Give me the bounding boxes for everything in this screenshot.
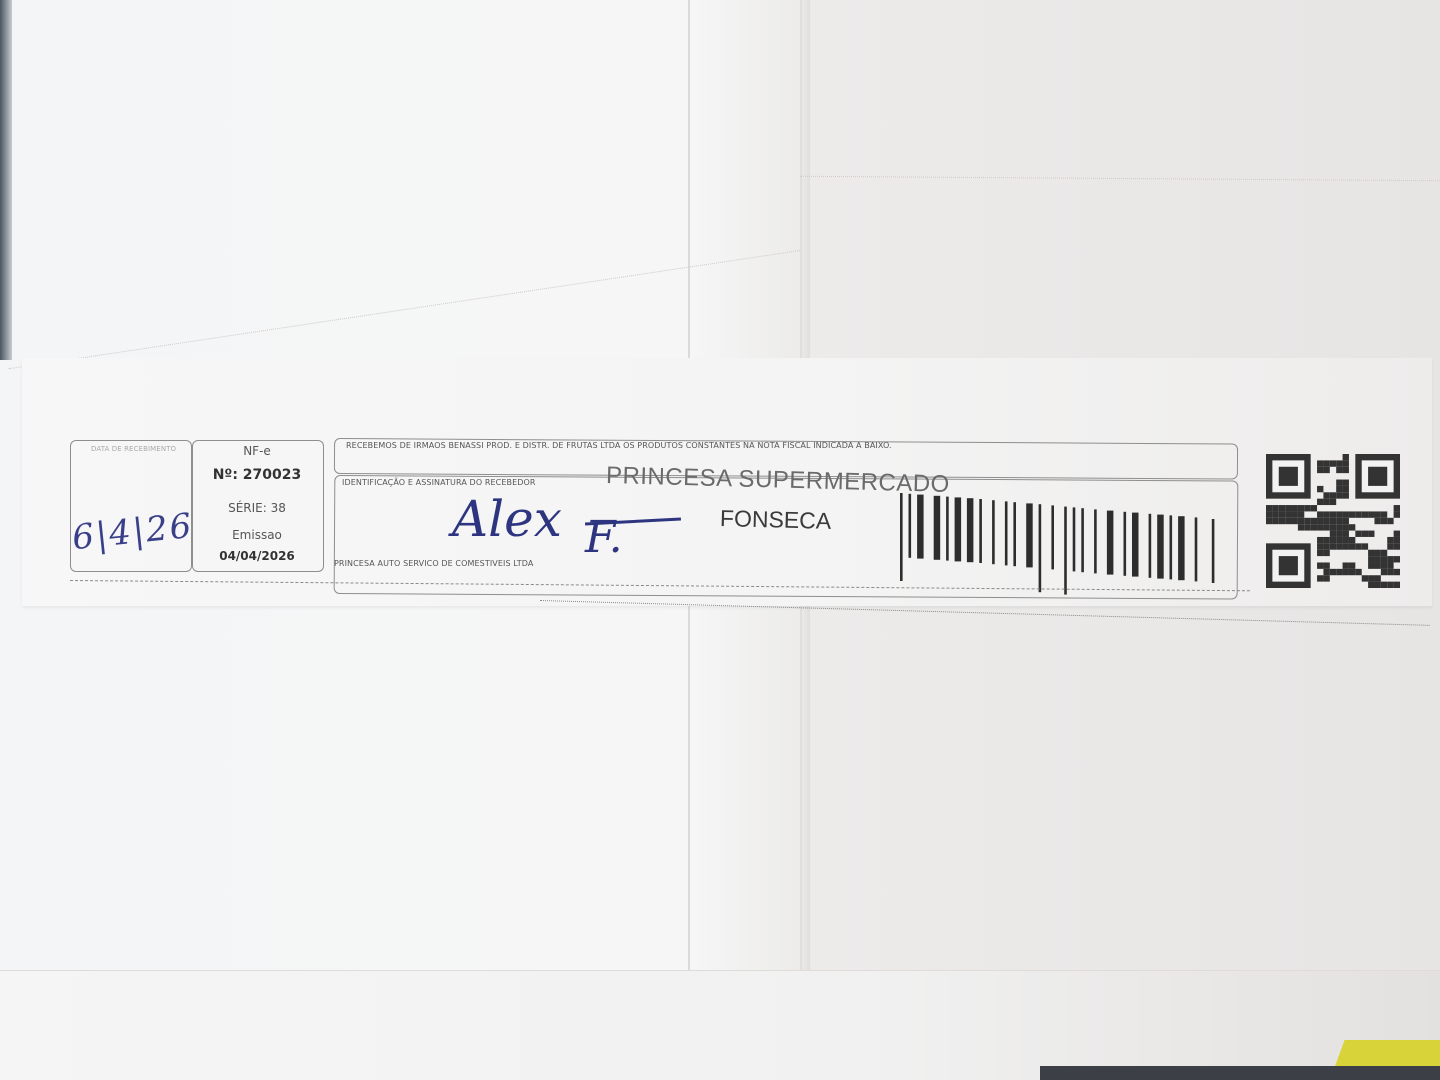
- receipt-statement: RECEBEMOS DE IRMAOS BENASSI PROD. E DIST…: [346, 441, 892, 450]
- desk-surface: [1040, 1066, 1440, 1080]
- handwritten-signature: Alex: [452, 490, 562, 548]
- invoice-number: Nº: 270023: [192, 467, 322, 483]
- recipient-company-name: PRINCESA AUTO SERVICO DE COMESTIVEIS LTD…: [334, 559, 533, 568]
- stamp-line-2: FONSECA: [720, 505, 832, 535]
- invoice-series: SÉRIE: 38: [192, 501, 322, 515]
- barcode: [900, 493, 1220, 595]
- signature-label: IDENTIFICAÇÃO E ASSINATURA DO RECEBEDOR: [342, 478, 536, 487]
- invoice-type: NF-e: [192, 444, 322, 458]
- bottom-paper-sheet: [0, 970, 1440, 1080]
- invoice-issue-label: Emissao: [192, 528, 322, 542]
- receipt-date-label: DATA DE RECEBIMENTO: [91, 445, 176, 453]
- qr-code: [1264, 454, 1402, 588]
- desk-edge: [0, 0, 12, 360]
- invoice-issue-date: 04/04/2026: [192, 549, 322, 563]
- invoice-info: NF-e Nº: 270023 SÉRIE: 38 Emissao 04/04/…: [192, 440, 322, 570]
- handwritten-signature-initial: F.: [585, 512, 623, 563]
